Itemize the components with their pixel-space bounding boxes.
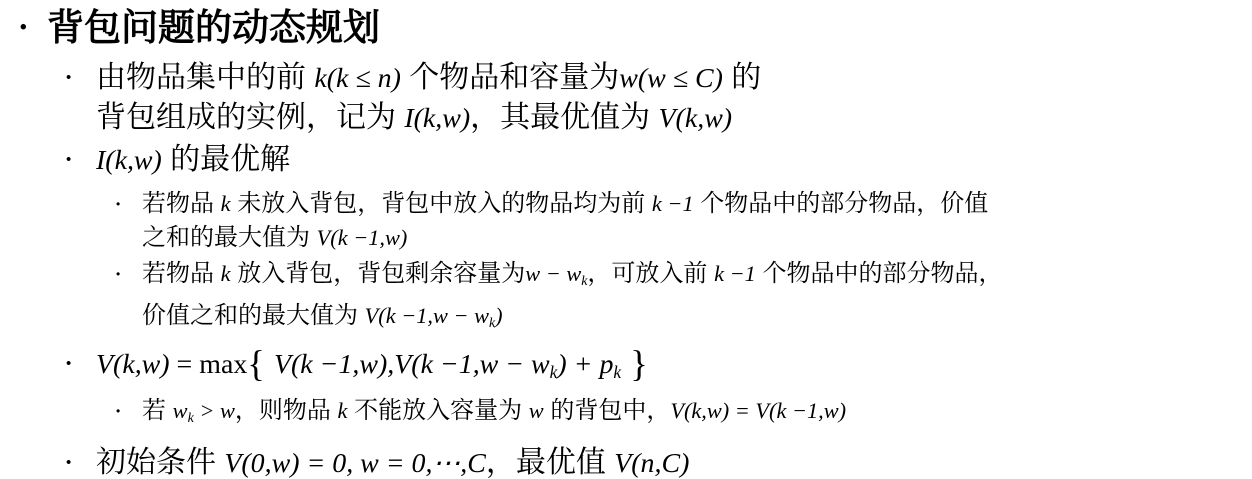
- math-run: k: [221, 261, 231, 286]
- math-run: I(k,w): [404, 103, 470, 134]
- text-run: 的: [723, 61, 761, 94]
- bullet-content: I(k,w) 的最优解: [96, 140, 1252, 180]
- bullet-content: 由物品集中的前 k(k ≤ n) 个物品和容量为w(w ≤ C) 的背包组成的实…: [96, 58, 1252, 138]
- text-run: 初始条件: [96, 446, 224, 479]
- bullet-content: 若物品 k 未放入背包，背包中放入的物品均为前 k −1 个物品中的部分物品，价…: [142, 187, 1252, 255]
- math-run: w: [529, 398, 544, 423]
- text-run: 不能放入容量为: [347, 397, 528, 424]
- text-run: ，其最优值为: [470, 101, 658, 134]
- math-run: V(k −1,w − w: [365, 303, 489, 328]
- text-run: ，则物品: [235, 397, 338, 424]
- text-run: 若物品: [142, 260, 221, 287]
- math-run: k −1: [652, 191, 694, 216]
- bullet-item: •若 wk > w，则物品 k 不能放入容量为 w 的背包中，V(k,w) = …: [0, 394, 1252, 436]
- math-run: > w: [194, 398, 235, 423]
- math-run: V(k −1,w): [317, 225, 408, 250]
- text-line: 若物品 k 未放入背包，背包中放入的物品均为前 k −1 个物品中的部分物品，价…: [142, 187, 1252, 221]
- text-run: 个物品中的部分物品，价值: [694, 190, 989, 217]
- bullet-item: •I(k,w) 的最优解: [0, 140, 1252, 180]
- text-run: 若: [142, 397, 173, 424]
- math-run: }: [621, 343, 648, 384]
- text-run: ，最优值: [486, 446, 614, 479]
- bullet-icon: •: [66, 58, 96, 97]
- math-run: V(k,w): [659, 103, 733, 134]
- math-run: ) + p: [557, 349, 613, 380]
- bullet-item: •V(k,w) = max{ V(k −1,w),V(k −1,w − wk) …: [0, 344, 1252, 392]
- math-run: w(w ≤ C): [619, 63, 723, 94]
- slide: • 背包问题的动态规划 •由物品集中的前 k(k ≤ n) 个物品和容量为w(w…: [0, 0, 1252, 479]
- slide-title: 背包问题的动态规划: [47, 6, 1252, 50]
- text-line: 之和的最大值为 V(k −1,w): [142, 221, 1252, 255]
- text-run: ，可放入前: [587, 260, 714, 287]
- math-run: w − w: [525, 261, 581, 286]
- text-run: 若物品: [142, 190, 221, 217]
- text-run: 背包组成的实例，记为: [96, 101, 404, 134]
- text-line: 由物品集中的前 k(k ≤ n) 个物品和容量为w(w ≤ C) 的: [96, 58, 1252, 98]
- bullet-icon: •: [116, 187, 142, 221]
- math-run: I(k,w): [96, 145, 162, 176]
- text-run: 未放入背包，背包中放入的物品均为前: [231, 190, 652, 217]
- math-run: V(n,C): [614, 448, 689, 479]
- bullet-icon: •: [116, 257, 142, 291]
- text-run: 的最优解: [162, 143, 290, 176]
- text-run: 价值之和的最大值为: [142, 302, 365, 329]
- math-run: k(k ≤ n): [314, 63, 401, 94]
- math-run: k: [338, 398, 348, 423]
- math-run: k: [221, 191, 231, 216]
- bullet-icon: •: [20, 6, 47, 50]
- text-line: 若物品 k 放入背包，背包剩余容量为w − wk，可放入前 k −1 个物品中的…: [142, 257, 1252, 299]
- text-line: 价值之和的最大值为 V(k −1,w − wk): [142, 299, 1252, 341]
- bullet-list: •由物品集中的前 k(k ≤ n) 个物品和容量为w(w ≤ C) 的背包组成的…: [0, 58, 1252, 479]
- text-run: 之和的最大值为: [142, 224, 317, 251]
- math-run: V(0,w) = 0, w = 0,⋯,C: [224, 448, 486, 479]
- text-line: 初始条件 V(0,w) = 0, w = 0,⋯,C，最优值 V(n,C): [96, 443, 1252, 479]
- bullet-content: 若物品 k 放入背包，背包剩余容量为w − wk，可放入前 k −1 个物品中的…: [142, 257, 1252, 341]
- bullet-item: •若物品 k 放入背包，背包剩余容量为w − wk，可放入前 k −1 个物品中…: [0, 257, 1252, 341]
- math-run: = max: [170, 349, 248, 380]
- text-line: 若 wk > w，则物品 k 不能放入容量为 w 的背包中，V(k,w) = V…: [142, 394, 1252, 436]
- text-run: 由物品集中的前: [96, 61, 314, 94]
- math-run: V(k −1,w),V(k −1,w − w: [274, 349, 550, 380]
- math-run: {: [247, 343, 274, 384]
- bullet-icon: •: [66, 443, 96, 479]
- bullet-icon: •: [66, 140, 96, 179]
- text-line: I(k,w) 的最优解: [96, 140, 1252, 180]
- bullet-item: •初始条件 V(0,w) = 0, w = 0,⋯,C，最优值 V(n,C): [0, 443, 1252, 479]
- bullet-content: V(k,w) = max{ V(k −1,w),V(k −1,w − wk) +…: [96, 344, 1252, 392]
- math-run: k: [613, 362, 621, 382]
- math-run: w: [173, 398, 188, 423]
- text-run: 个物品和容量为: [401, 61, 619, 94]
- text-line: 背包组成的实例，记为 I(k,w)，其最优值为 V(k,w): [96, 98, 1252, 138]
- math-run: V(k,w): [96, 349, 170, 380]
- math-run: k −1: [714, 261, 756, 286]
- bullet-icon: •: [116, 394, 142, 428]
- text-run: 个物品中的部分物品，: [756, 260, 1003, 287]
- slide-title-row: • 背包问题的动态规划: [0, 6, 1252, 50]
- text-run: 放入背包，背包剩余容量为: [231, 260, 526, 287]
- bullet-content: 初始条件 V(0,w) = 0, w = 0,⋯,C，最优值 V(n,C): [96, 443, 1252, 479]
- bullet-icon: •: [66, 344, 96, 383]
- math-run: V(k,w) = V(k −1,w): [670, 398, 846, 423]
- bullet-item: •若物品 k 未放入背包，背包中放入的物品均为前 k −1 个物品中的部分物品，…: [0, 187, 1252, 255]
- bullet-content: 若 wk > w，则物品 k 不能放入容量为 w 的背包中，V(k,w) = V…: [142, 394, 1252, 436]
- bullet-item: •由物品集中的前 k(k ≤ n) 个物品和容量为w(w ≤ C) 的背包组成的…: [0, 58, 1252, 138]
- math-run: ): [495, 303, 502, 328]
- text-run: 的背包中，: [544, 397, 671, 424]
- text-line: V(k,w) = max{ V(k −1,w),V(k −1,w − wk) +…: [96, 344, 1252, 392]
